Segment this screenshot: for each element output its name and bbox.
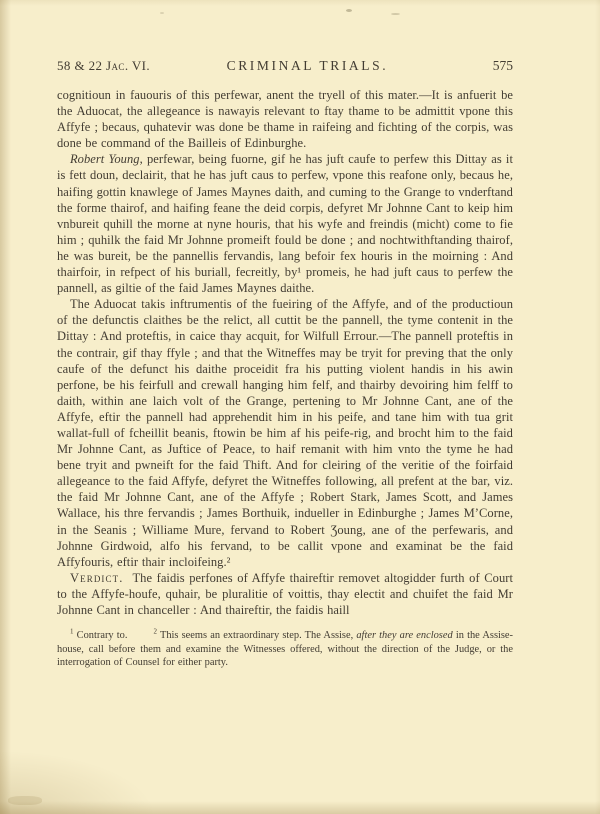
paragraph-advocat: The Aduocat takis inftrumentis of the fu…	[57, 296, 513, 570]
paragraph-robert-young: Robert Young, perfewar, being fuorne, gi…	[57, 151, 513, 296]
paragraph-continuation: cognitioun in fauouris of this perfewar,…	[57, 87, 513, 151]
page-body: cognitioun in fauouris of this perfewar,…	[57, 87, 513, 618]
paragraph-text: , perfewar, being fuorne, gif he has juf…	[57, 152, 513, 295]
paragraph-lead-smallcaps: Verdict.	[70, 571, 123, 585]
paragraph-text: cognitioun in fauouris of this perfewar,…	[57, 88, 513, 150]
paragraph-verdict: Verdict.The faidis perfones of Affyfe th…	[57, 570, 513, 618]
footnote-2-text: This seems an extraordinary step. The As…	[157, 630, 356, 641]
paragraph-lead-italic: Robert Young	[70, 152, 140, 166]
footnote-2-italic: after they are enclosed	[356, 630, 452, 641]
dust-speck	[346, 9, 352, 12]
footnotes-section: 1 Contrary to.2 This seems an extraordin…	[57, 629, 513, 670]
footnote-1-text: Contrary to.	[74, 630, 128, 641]
header-title: CRIMINAL TRIALS.	[227, 58, 389, 74]
dust-speck	[8, 796, 42, 805]
paragraph-text: The faidis perfones of Affyfe thaireftir…	[57, 571, 513, 617]
dust-speck	[160, 12, 164, 14]
footnote-block: 1 Contrary to.2 This seems an extraordin…	[57, 629, 513, 670]
text-column: 58 & 22 Jac. VI. CRIMINAL TRIALS. 575 co…	[57, 58, 513, 670]
paragraph-text: The Aduocat takis inftrumentis of the fu…	[57, 297, 513, 569]
page-number: 575	[493, 58, 513, 74]
dust-speck	[391, 13, 400, 15]
book-page: 58 & 22 Jac. VI. CRIMINAL TRIALS. 575 co…	[0, 0, 600, 814]
header-regnal-year: 58 & 22 Jac. VI.	[57, 58, 150, 74]
running-header: 58 & 22 Jac. VI. CRIMINAL TRIALS. 575	[57, 58, 513, 74]
